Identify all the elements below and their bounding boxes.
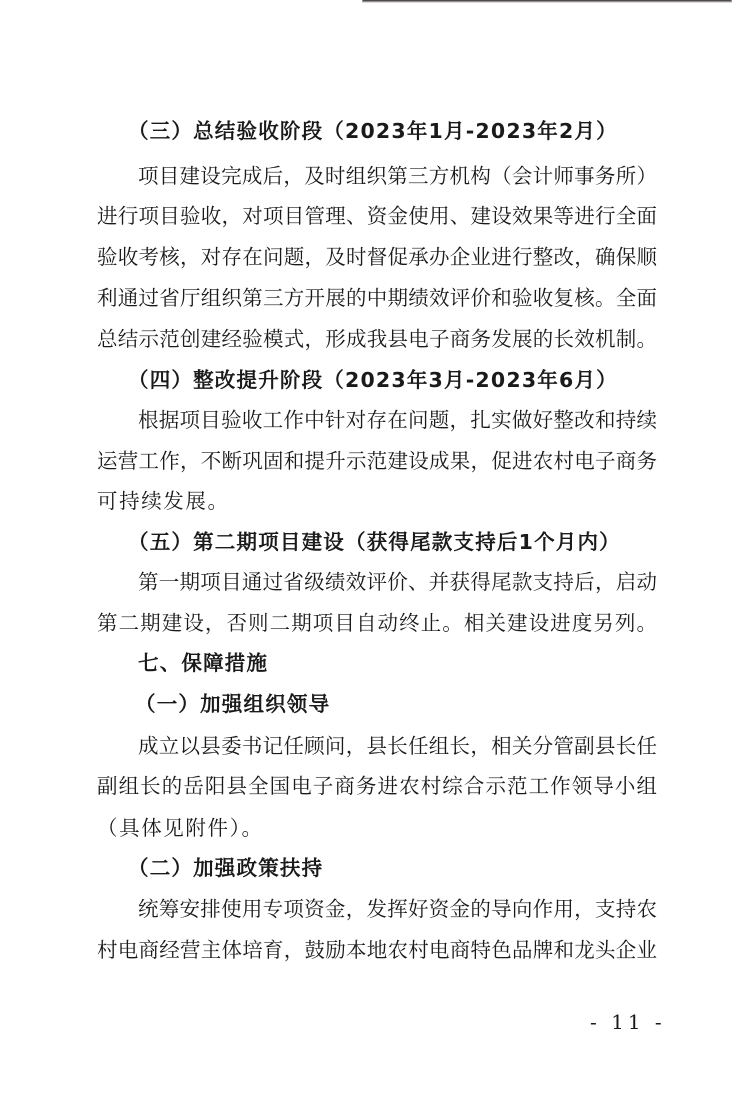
paragraph-line: 第二期建设，否则二期项目自动终止。相关建设进度另列。	[97, 610, 657, 636]
section-heading-5: （五）第二期项目建设（获得尾款支持后1个月内）	[128, 529, 688, 555]
page-number: - 11 -	[590, 1010, 666, 1034]
subsection-heading-1: （一）加强组织领导	[135, 691, 695, 717]
document-page: （三）总结验收阶段（2023年1月-2023年2月） 项目建设完成后，及时组织第…	[0, 0, 750, 1097]
paragraph-line: 项目建设完成后，及时组织第三方机构（会计师事务所）	[138, 163, 657, 189]
paragraph-line: 第一期项目通过省级绩效评价、并获得尾款支持后，启动	[138, 569, 657, 595]
paragraph-line: 根据项目验收工作中针对存在问题，扎实做好整改和持续	[138, 407, 657, 433]
chapter-heading: 七、保障措施	[138, 650, 698, 676]
paragraph-line: 村电商经营主体培育，鼓励本地农村电商特色品牌和龙头企业	[97, 937, 657, 963]
paragraph-line: 成立以县委书记任顾问，县长任组长，相关分管副县长任	[138, 733, 657, 759]
section-heading-3: （三）总结验收阶段（2023年1月-2023年2月）	[128, 118, 688, 144]
paragraph-line: （具体见附件）。	[97, 815, 657, 841]
paragraph-line: 利通过省厅组织第三方开展的中期绩效评价和验收复核。全面	[97, 285, 657, 311]
paragraph-line: 运营工作，不断巩固和提升示范建设成果，促进农村电子商务	[97, 448, 657, 474]
paragraph-line: 进行项目验收，对项目管理、资金使用、建设效果等进行全面	[97, 203, 657, 229]
section-heading-4: （四）整改提升阶段（2023年3月-2023年6月）	[128, 367, 688, 393]
subsection-heading-2: （二）加强政策扶持	[128, 855, 688, 881]
paragraph-line: 可持续发展。	[97, 488, 657, 514]
paragraph-line: 统筹安排使用专项资金，发挥好资金的导向作用，支持农	[138, 896, 657, 922]
paragraph-line: 副组长的岳阳县全国电子商务进农村综合示范工作领导小组	[97, 773, 657, 799]
paragraph-line: 总结示范创建经验模式，形成我县电子商务发展的长效机制。	[97, 326, 657, 352]
paragraph-line: 验收考核，对存在问题，及时督促承办企业进行整改，确保顺	[97, 244, 657, 270]
